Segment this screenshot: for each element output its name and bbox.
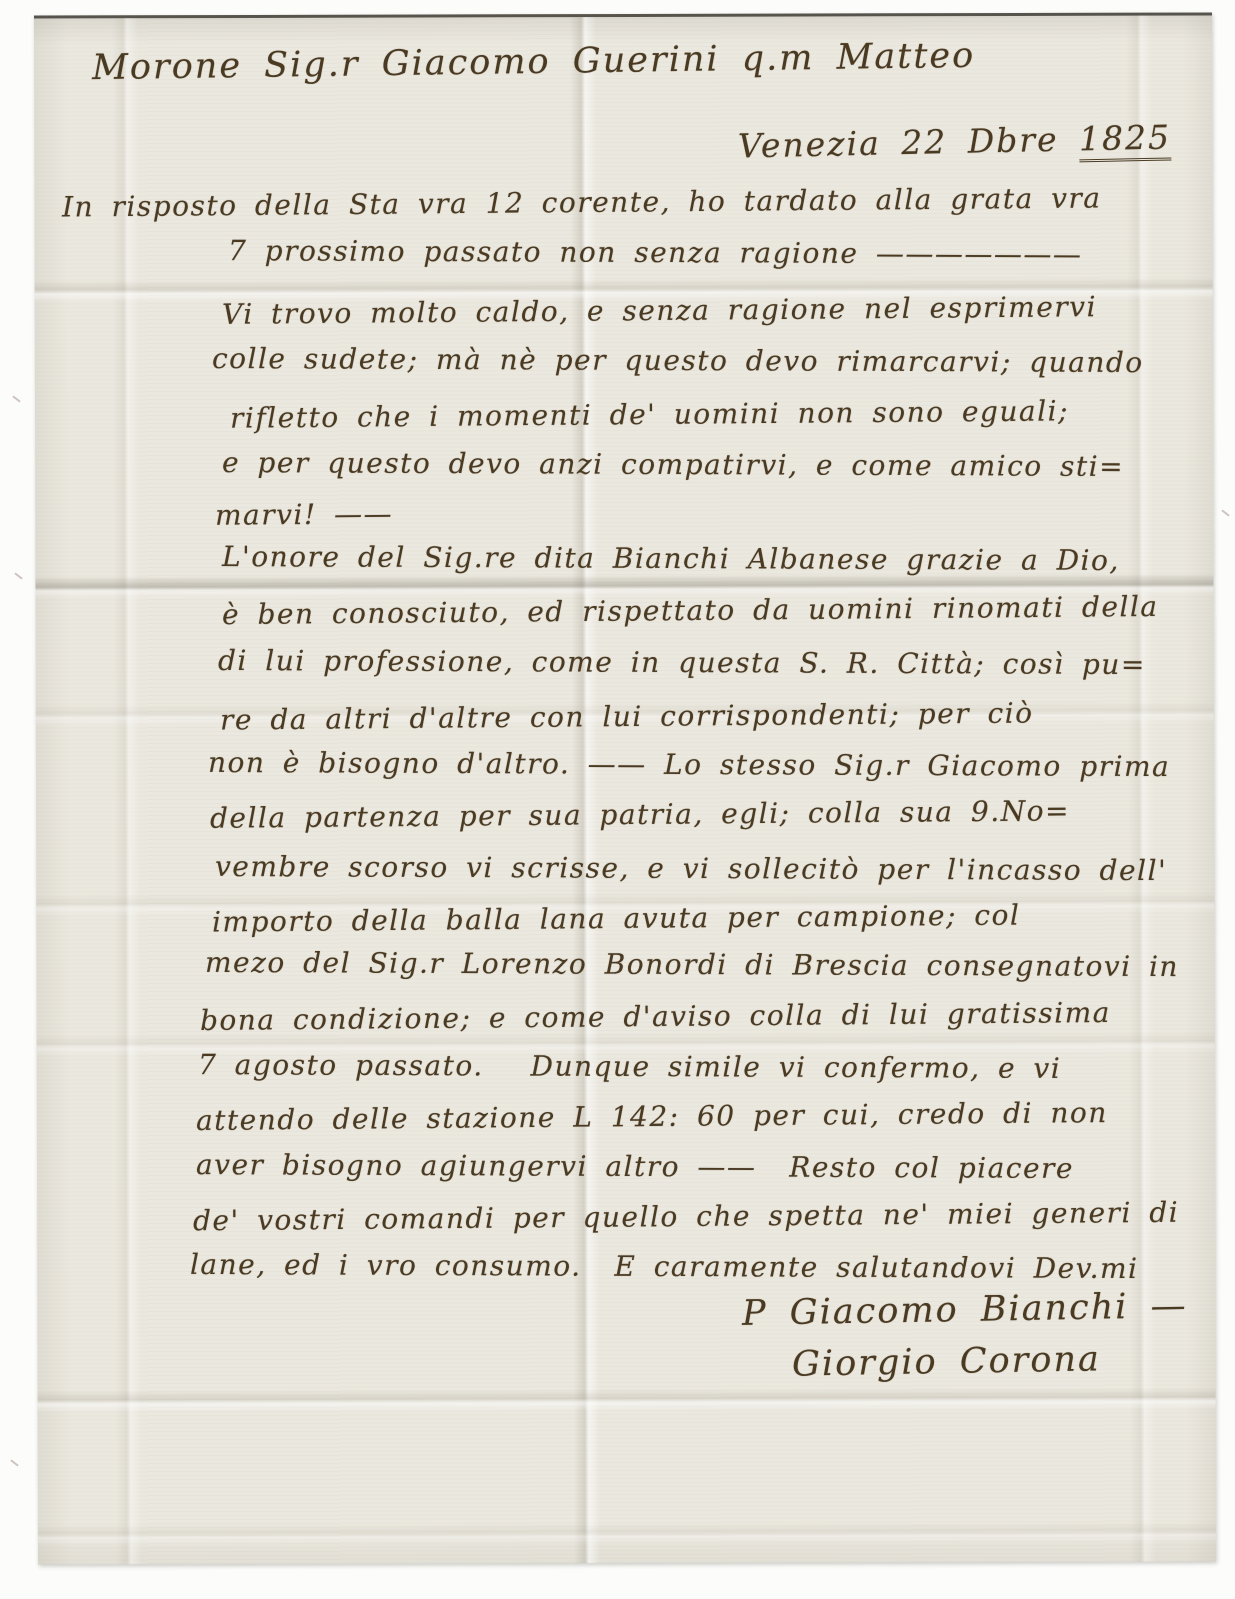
fold-crease-vertical-right	[1126, 16, 1156, 1562]
letter-line: L'onore del Sig.re dita Bianchi Albanese…	[222, 540, 1120, 577]
letter-line: e per questo devo anzi compatirvi, e com…	[222, 446, 1124, 483]
letter-line: 7 prossimo passato non senza ragione ———…	[228, 234, 1083, 271]
letter-line: non è bisogno d'altro. —— Lo stesso Sig.…	[208, 746, 1170, 783]
letter-line: vembre scorso vi scrisse, e vi sollecitò…	[215, 850, 1167, 887]
signature-line: Giorgio Corona	[792, 1339, 1101, 1384]
letter-line: aver bisogno agiungervi altro —— Resto c…	[196, 1148, 1074, 1185]
scan-artifact-mark	[12, 395, 20, 402]
fold-crease-horizontal	[38, 1387, 1216, 1412]
scan-artifact-mark	[1221, 509, 1229, 516]
letter-line: mezo del Sig.r Lorenzo Bonordi di Bresci…	[205, 946, 1179, 983]
scan-artifact-mark	[10, 1459, 18, 1466]
letter-line: marvi! ——	[215, 497, 393, 532]
fold-crease-horizontal	[38, 1521, 1216, 1546]
letter-line: 7 agosto passato. Dunque simile vi confe…	[198, 1048, 1061, 1085]
signature-line: P Giacomo Bianchi —	[742, 1286, 1188, 1334]
dateline-place-date: Venezia 22 Dbre	[738, 120, 1059, 166]
letter-line: lane, ed i vro consumo. E caramente salu…	[190, 1248, 1139, 1285]
letter-line: importo della balla lana avuta per campi…	[212, 898, 1021, 938]
fold-crease-vertical-left	[112, 18, 142, 1564]
letter-line: di lui professione, come in questa S. R.…	[218, 644, 1146, 681]
scan-artifact-mark	[14, 572, 22, 579]
letter-line: colle sudete; mà nè per questo devo rima…	[212, 342, 1144, 379]
letter-scan: Morone Sig.r Giacomo Guerini q.m Matteo …	[0, 0, 1235, 1599]
dateline: Venezia 22 Dbre 1825	[738, 117, 1172, 165]
dateline-year: 1825	[1079, 117, 1172, 162]
